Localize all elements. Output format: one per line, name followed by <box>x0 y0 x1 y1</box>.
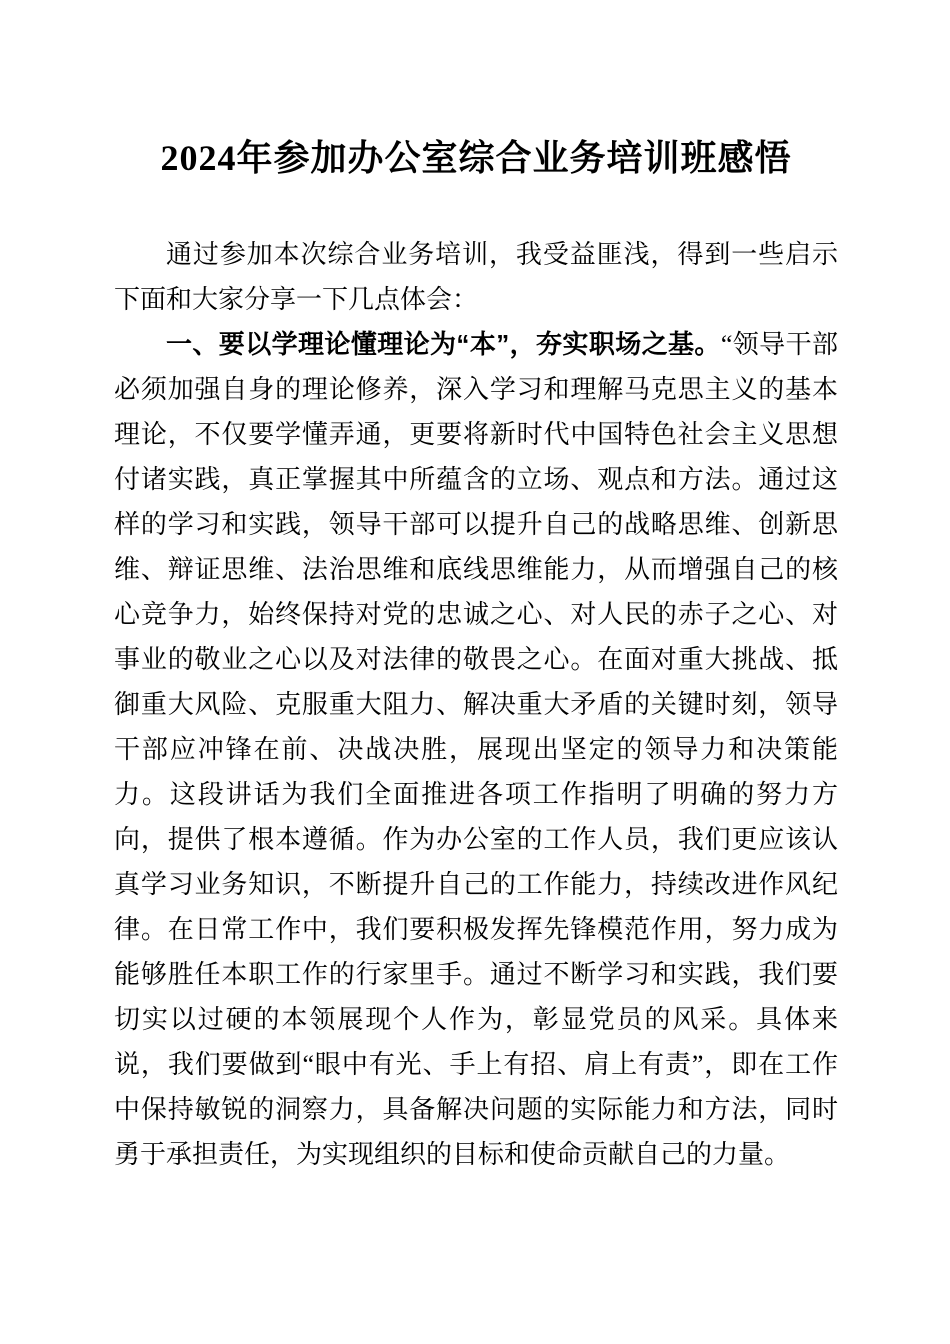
paragraph: 通过参加本次综合业务培训，我受益匪浅，得到一些启示下面和大家分享一下几点体会： <box>114 232 838 322</box>
document-page: 2024年参加办公室综合业务培训班感悟 通过参加本次综合业务培训，我受益匪浅，得… <box>0 0 950 1344</box>
document-body: 通过参加本次综合业务培训，我受益匪浅，得到一些启示下面和大家分享一下几点体会：一… <box>114 232 838 1177</box>
text-run-body: 通过参加本次综合业务培训，我受益匪浅，得到一些启示下面和大家分享一下几点体会： <box>114 240 838 314</box>
text-run-body: “领导干部必须加强自身的理论修养，深入学习和理解马克思主义的基本理论，不仅要学懂… <box>114 330 838 1169</box>
paragraph: 一、要以学理论懂理论为“本”，夯实职场之基。“领导干部必须加强自身的理论修养，深… <box>114 322 838 1177</box>
text-run-heading: 一、要以学理论懂理论为“本”，夯实职场之基。 <box>166 329 721 359</box>
document-title: 2024年参加办公室综合业务培训班感悟 <box>114 136 838 180</box>
